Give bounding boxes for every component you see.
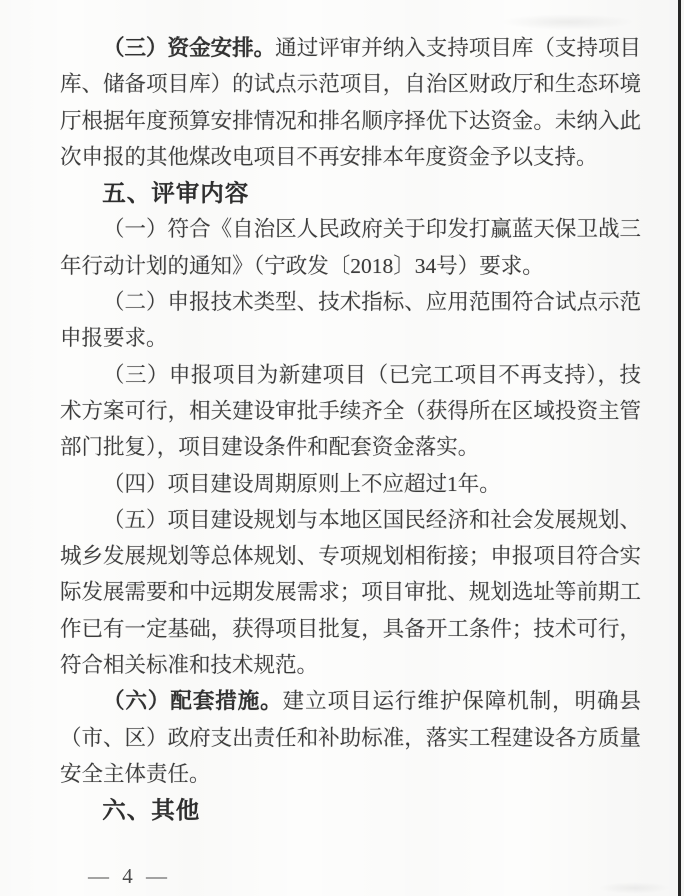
page-number: — 4 — — [88, 864, 171, 889]
paragraph-lead-bold: （三）资金安排。 — [103, 36, 275, 60]
review-item-1: （一）符合《自治区人民政府关于印发打赢蓝天保卫战三年行动计划的通知》（宁政发〔2… — [60, 211, 641, 284]
document-content: （三）资金安排。通过评审并纳入支持项目库（支持项目库、储备项目库）的试点示范项目… — [60, 30, 641, 829]
section-heading-other: 六、其他 — [60, 792, 641, 828]
scan-smudge-artifact — [598, 882, 670, 894]
scanned-document-page: （三）资金安排。通过评审并纳入支持项目库（支持项目库、储备项目库）的试点示范项目… — [0, 0, 684, 896]
scan-edge-artifact — [678, 0, 681, 896]
review-item-3: （三）申报项目为新建项目（已完工项目不再支持），技术方案可行，相关建设审批手续齐… — [60, 357, 641, 466]
paragraph-supporting-measures: （六）配套措施。建立项目运行维护保障机制，明确县（市、区）政府支出责任和补助标准… — [60, 683, 641, 792]
paragraph-funding-arrangement: （三）资金安排。通过评审并纳入支持项目库（支持项目库、储备项目库）的试点示范项目… — [60, 30, 641, 175]
scan-smudge-artifact — [500, 14, 635, 30]
paragraph-lead-bold: （六）配套措施。 — [103, 689, 283, 713]
review-item-4: （四）项目建设周期原则上不应超过1年。 — [60, 466, 641, 502]
section-heading-review-content: 五、评审内容 — [60, 175, 641, 211]
review-item-5: （五）项目建设规划与本地区国民经济和社会发展规划、城乡发展规划等总体规划、专项规… — [60, 502, 641, 683]
review-item-2: （二）申报技术类型、技术指标、应用范围符合试点示范申报要求。 — [60, 284, 641, 357]
